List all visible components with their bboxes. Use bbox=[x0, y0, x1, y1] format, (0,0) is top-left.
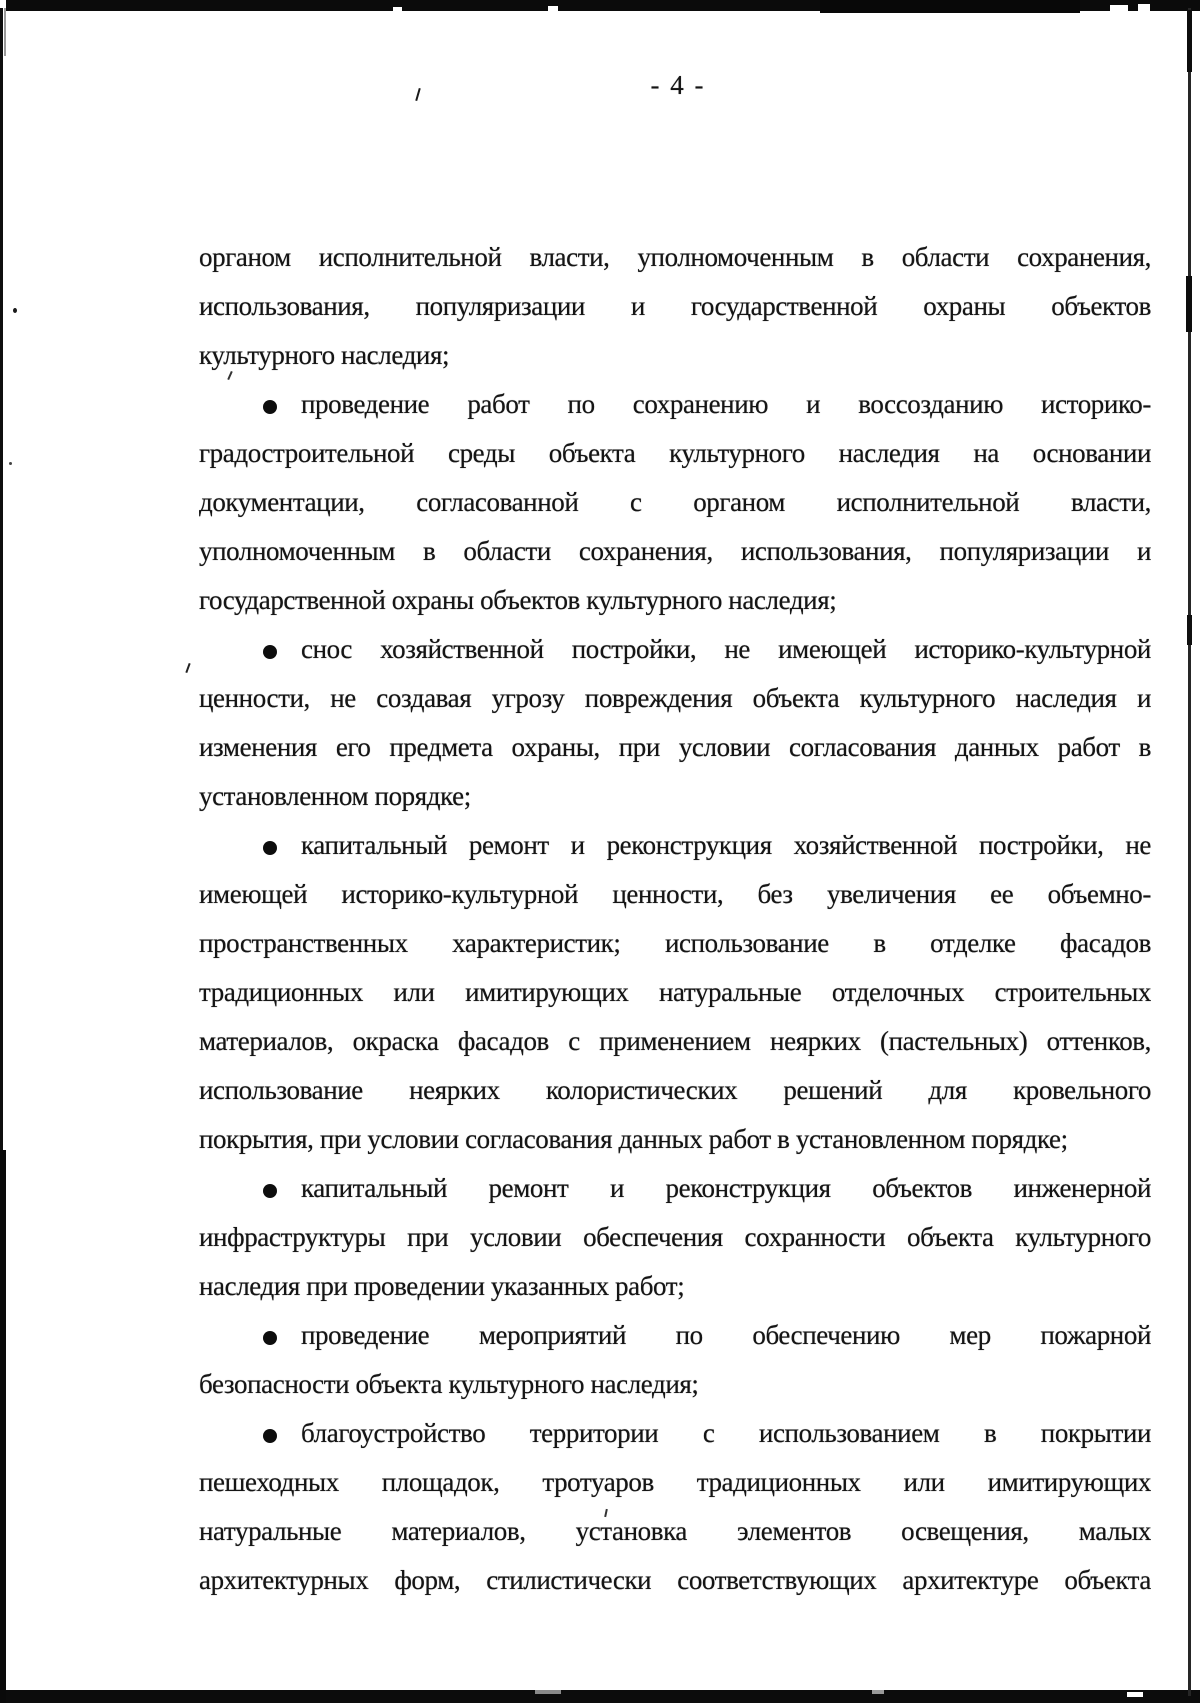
text-line: документации, согласованной с органом ис… bbox=[199, 478, 1151, 527]
text-line-content: изменения его предмета охраны, при услов… bbox=[199, 732, 1151, 762]
text-line: использование неярких колористических ре… bbox=[199, 1066, 1151, 1115]
scan-border-notch bbox=[535, 1690, 561, 1694]
text-line: уполномоченным в области сохранения, исп… bbox=[199, 527, 1151, 576]
text-line: ценности, не создавая угрозу повреждения… bbox=[199, 674, 1151, 723]
page-number: - 4 - bbox=[613, 70, 743, 101]
text-line-content: благоустройство территории с использован… bbox=[301, 1418, 1151, 1448]
bullet-icon bbox=[263, 841, 277, 855]
text-line-content: использование неярких колористических ре… bbox=[199, 1075, 1151, 1105]
scan-border-left-light bbox=[4, 8, 6, 56]
text-line: установленном порядке; bbox=[199, 772, 1151, 821]
bullet-icon bbox=[263, 1184, 277, 1198]
text-line: материалов, окраска фасадов с применение… bbox=[199, 1017, 1151, 1066]
bullet-icon bbox=[263, 1331, 277, 1345]
text-line-content: пространственных характеристик; использо… bbox=[199, 928, 1151, 958]
scan-speck bbox=[9, 462, 12, 465]
text-line: проведение мероприятий по обеспечению ме… bbox=[199, 1311, 1151, 1360]
text-line: наследия при проведении указанных работ; bbox=[199, 1262, 1151, 1311]
text-line-content: инфраструктуры при условии обеспечения с… bbox=[199, 1222, 1151, 1252]
text-line: традиционных или имитирующих натуральные… bbox=[199, 968, 1151, 1017]
text-line-content: установленном порядке; bbox=[199, 781, 471, 811]
scan-border-notch bbox=[393, 7, 402, 11]
text-line: пространственных характеристик; использо… bbox=[199, 919, 1151, 968]
text-line-content: использования, популяризации и государст… bbox=[199, 291, 1151, 321]
scanned-document-page: - 4 - органом исполнительной власти, упо… bbox=[0, 0, 1200, 1703]
text-line: безопасности объекта культурного наследи… bbox=[199, 1360, 1151, 1409]
text-line: органом исполнительной власти, уполномоч… bbox=[199, 233, 1151, 282]
text-line: проведение работ по сохранению и воссозд… bbox=[199, 380, 1151, 429]
text-line: покрытия, при условии согласования данны… bbox=[199, 1115, 1151, 1164]
scan-speck bbox=[13, 308, 17, 313]
bullet-icon bbox=[263, 1429, 277, 1443]
text-line: культурного наследия; bbox=[199, 331, 1151, 380]
text-line: капитальный ремонт и реконструкция хозяй… bbox=[199, 821, 1151, 870]
text-line-content: традиционных или имитирующих натуральные… bbox=[199, 977, 1151, 1007]
scan-speck bbox=[185, 663, 190, 673]
scan-border-left-thick bbox=[0, 1150, 6, 1703]
text-line-content: культурного наследия; bbox=[199, 340, 449, 370]
text-line: благоустройство территории с использован… bbox=[199, 1409, 1151, 1458]
document-body: органом исполнительной власти, уполномоч… bbox=[199, 233, 1151, 1605]
bullet-icon bbox=[263, 645, 277, 659]
text-line: использования, популяризации и государст… bbox=[199, 282, 1151, 331]
text-line-content: документации, согласованной с органом ис… bbox=[199, 487, 1151, 517]
text-line-content: ценности, не создавая угрозу повреждения… bbox=[199, 683, 1151, 713]
text-line: снос хозяйственной постройки, не имеющей… bbox=[199, 625, 1151, 674]
scan-border-notch bbox=[1127, 1692, 1143, 1697]
scan-border-right-segment bbox=[1186, 276, 1192, 332]
text-line-content: покрытия, при условии согласования данны… bbox=[199, 1124, 1068, 1154]
text-line: имеющей историко-культурной ценности, бе… bbox=[199, 870, 1151, 919]
text-line-content: пешеходных площадок, тротуаров традицион… bbox=[199, 1467, 1151, 1497]
scan-border-right-segment bbox=[1187, 10, 1192, 72]
text-line-content: государственной охраны объектов культурн… bbox=[199, 585, 836, 615]
text-line-content: органом исполнительной власти, уполномоч… bbox=[199, 242, 1151, 272]
scan-border-notch bbox=[1138, 4, 1150, 11]
text-line-content: капитальный ремонт и реконструкция хозяй… bbox=[301, 830, 1151, 860]
scan-border-right-segment bbox=[1187, 615, 1192, 645]
text-line-content: архитектурных форм, стилистически соотве… bbox=[199, 1565, 1151, 1595]
text-line: капитальный ремонт и реконструкция объек… bbox=[199, 1164, 1151, 1213]
scan-border-bottom bbox=[0, 1690, 1200, 1703]
text-line: архитектурных форм, стилистически соотве… bbox=[199, 1556, 1151, 1605]
scan-speck bbox=[415, 88, 421, 101]
text-line-content: безопасности объекта культурного наследи… bbox=[199, 1369, 699, 1399]
scan-border-notch bbox=[872, 1690, 884, 1694]
scan-border-right bbox=[1188, 8, 1191, 1696]
text-line-content: снос хозяйственной постройки, не имеющей… bbox=[301, 634, 1151, 664]
text-line: натуральные материалов, установка элемен… bbox=[199, 1507, 1151, 1556]
text-line-content: материалов, окраска фасадов с применение… bbox=[199, 1026, 1151, 1056]
text-line: изменения его предмета охраны, при услов… bbox=[199, 723, 1151, 772]
scan-border-notch bbox=[548, 6, 558, 11]
text-line-content: проведение мероприятий по обеспечению ме… bbox=[301, 1320, 1151, 1350]
text-line: пешеходных площадок, тротуаров традицион… bbox=[199, 1458, 1151, 1507]
text-line-content: капитальный ремонт и реконструкция объек… bbox=[301, 1173, 1151, 1203]
scan-border-notch bbox=[1110, 5, 1128, 11]
bullet-icon bbox=[263, 400, 277, 414]
text-line-content: имеющей историко-культурной ценности, бе… bbox=[199, 879, 1151, 909]
text-line-content: проведение работ по сохранению и воссозд… bbox=[301, 389, 1151, 419]
text-line: градостроительной среды объекта культурн… bbox=[199, 429, 1151, 478]
text-line: государственной охраны объектов культурн… bbox=[199, 576, 1151, 625]
text-line-content: натуральные материалов, установка элемен… bbox=[199, 1516, 1151, 1546]
text-line-content: наследия при проведении указанных работ; bbox=[199, 1271, 684, 1301]
text-line: инфраструктуры при условии обеспечения с… bbox=[199, 1213, 1151, 1262]
text-line-content: градостроительной среды объекта культурн… bbox=[199, 438, 1151, 468]
text-line-content: уполномоченным в области сохранения, исп… bbox=[199, 536, 1151, 566]
scan-border-top-thick bbox=[820, 0, 1080, 13]
